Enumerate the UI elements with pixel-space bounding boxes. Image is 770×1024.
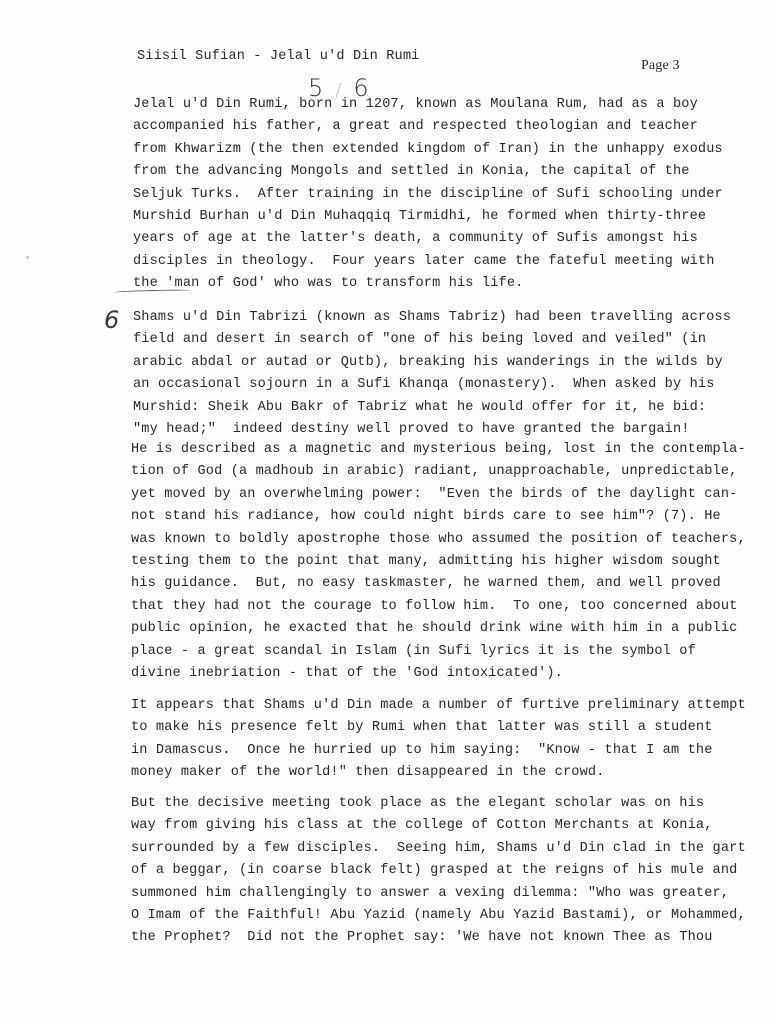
text-line: of a beggar, (in coarse black felt) gras… — [131, 860, 746, 882]
paragraph-decisive-meeting: But the decisive meeting took place as t… — [131, 793, 746, 950]
text-line: public opinion, he exacted that he shoul… — [131, 618, 746, 640]
text-line: place - a great scandal in Islam (in Suf… — [131, 641, 746, 663]
text-line: was known to boldly apostrophe those who… — [131, 529, 746, 551]
text-line: O Imam of the Faithful! Abu Yazid (namel… — [131, 905, 746, 927]
paragraph-shams-description: He is described as a magnetic and myster… — [131, 439, 746, 685]
running-header-title: Siisil Sufian - Jelal u'd Din Rumi — [137, 46, 419, 68]
text-line: from Khwarizm (the then extended kingdom… — [133, 139, 723, 161]
paragraph-rumi-intro: Jelal u'd Din Rumi, born in 1207, known … — [133, 94, 723, 296]
text-line: summoned him challengingly to answer a v… — [131, 883, 746, 905]
text-line: from the advancing Mongols and settled i… — [133, 161, 723, 183]
text-line: tion of God (a madhoub in arabic) radian… — [131, 461, 746, 483]
text-line: accompanied his father, a great and resp… — [133, 116, 723, 138]
paragraph-shams-travels: Shams u'd Din Tabrizi (known as Shams Ta… — [133, 307, 731, 441]
text-line: field and desert in search of "one of hi… — [133, 329, 731, 351]
text-line: Jelal u'd Din Rumi, born in 1207, known … — [133, 94, 723, 116]
text-line: surrounded by a few disciples. Seeing hi… — [131, 838, 746, 860]
text-line: divine inebriation - that of the 'God in… — [131, 663, 746, 685]
text-line: an occasional sojourn in a Sufi Khanqa (… — [133, 374, 731, 396]
text-line: years of age at the latter's death, a co… — [133, 228, 723, 250]
text-line: not stand his radiance, how could night … — [131, 506, 746, 528]
text-line: the 'man of God' who was to transform hi… — [133, 273, 723, 295]
text-line: his guidance. But, no easy taskmaster, h… — [131, 573, 746, 595]
text-line: testing them to the point that many, adm… — [131, 551, 746, 573]
text-line: But the decisive meeting took place as t… — [131, 793, 746, 815]
text-line: It appears that Shams u'd Din made a num… — [131, 695, 746, 717]
text-line: that they had not the courage to follow … — [131, 596, 746, 618]
text-line: He is described as a magnetic and myster… — [131, 439, 746, 461]
text-line: to make his presence felt by Rumi when t… — [131, 717, 746, 739]
text-line: Murshid Burhan u'd Din Muhaqqiq Tirmidhi… — [133, 206, 723, 228]
handwritten-margin-number: 6 — [104, 306, 119, 334]
text-line: Murshid: Sheik Abu Bakr of Tabriz what h… — [133, 397, 731, 419]
text-line: disciples in theology. Four years later … — [133, 251, 723, 273]
text-line: Seljuk Turks. After training in the disc… — [133, 184, 723, 206]
text-line: in Damascus. Once he hurried up to him s… — [131, 740, 746, 762]
text-line: "my head;" indeed destiny well proved to… — [133, 419, 731, 441]
text-line: the Prophet? Did not the Prophet say: 'W… — [131, 927, 746, 949]
text-line: arabic abdal or autad or Qutb), breaking… — [133, 352, 731, 374]
text-line: way from giving his class at the college… — [131, 815, 746, 837]
paper-speck — [26, 256, 29, 259]
text-line: money maker of the world!" then disappea… — [131, 762, 746, 784]
text-line: Shams u'd Din Tabrizi (known as Shams Ta… — [133, 307, 731, 329]
paragraph-preliminary-attempts: It appears that Shams u'd Din made a num… — [131, 695, 746, 785]
page-number: Page 3 — [641, 55, 680, 77]
text-line: yet moved by an overwhelming power: "Eve… — [131, 484, 746, 506]
